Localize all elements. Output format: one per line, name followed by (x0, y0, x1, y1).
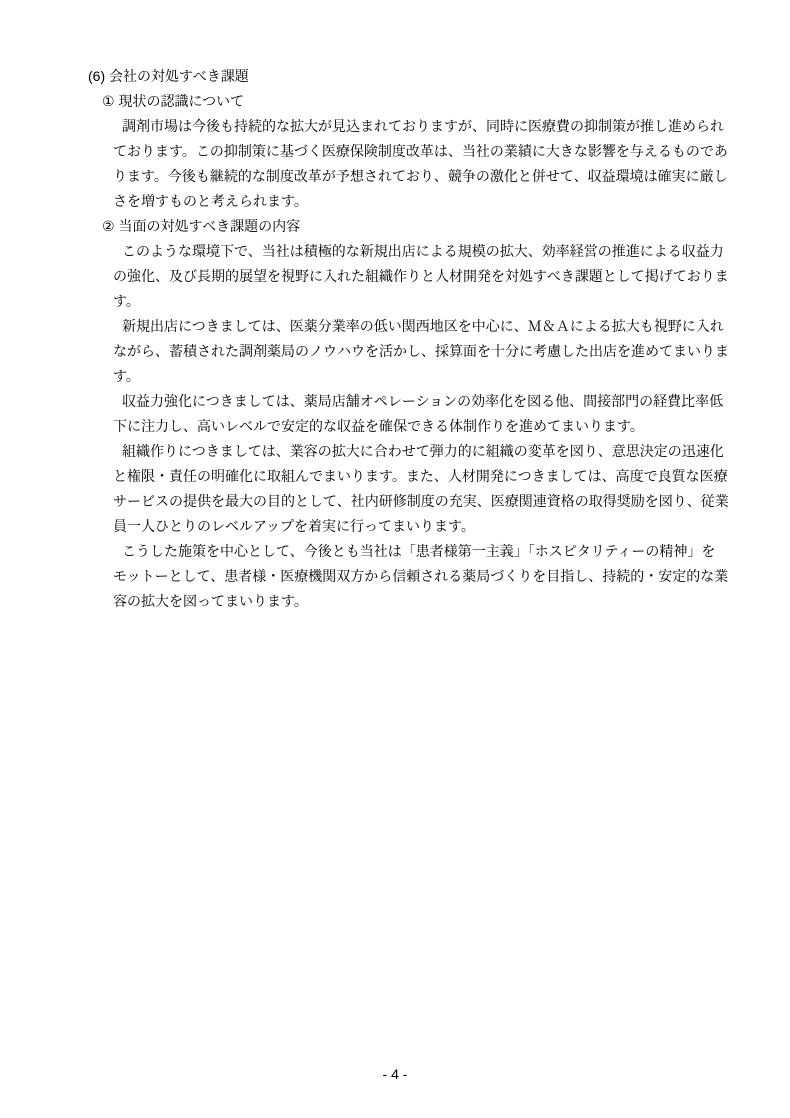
subsection-2-paragraph-3: 収益力強化につきましては、薬局店舗オペレーションの効率化を図る他、間接部門の経費… (113, 389, 740, 439)
subsection-2-paragraph-4: 組織作りにつきましては、業容の拡大に合わせて弾力的に組織の変革を図り、意思決定の… (113, 439, 740, 539)
subsection-2-heading: ② 当面の対処すべき課題の内容 (102, 214, 740, 239)
subsection-2-paragraph-5: こうした施策を中心として、今後とも当社は「患者様第一主義」「ホスピタリティーの精… (113, 539, 740, 614)
page-number: - 4 - (0, 1062, 790, 1087)
subsection-1-heading: ① 現状の認識について (102, 89, 740, 114)
page-content: (6) 会社の対処すべき課題 ① 現状の認識について 調剤市場は今後も持続的な拡… (88, 64, 740, 614)
subsection-2-paragraph-1: このような環境下で、当社は積極的な新規出店による規模の拡大、効率経営の推進による… (113, 239, 740, 314)
subsection-1-paragraph-1: 調剤市場は今後も持続的な拡大が見込まれておりますが、同時に医療費の抑制策が推し進… (113, 114, 740, 214)
section-heading: (6) 会社の対処すべき課題 (88, 64, 740, 89)
subsection-2-paragraph-2: 新規出店につきましては、医薬分業率の低い関西地区を中心に、Ｍ＆Ａによる拡大も視野… (113, 314, 740, 389)
document-page: (6) 会社の対処すべき課題 ① 現状の認識について 調剤市場は今後も持続的な拡… (0, 0, 790, 1118)
